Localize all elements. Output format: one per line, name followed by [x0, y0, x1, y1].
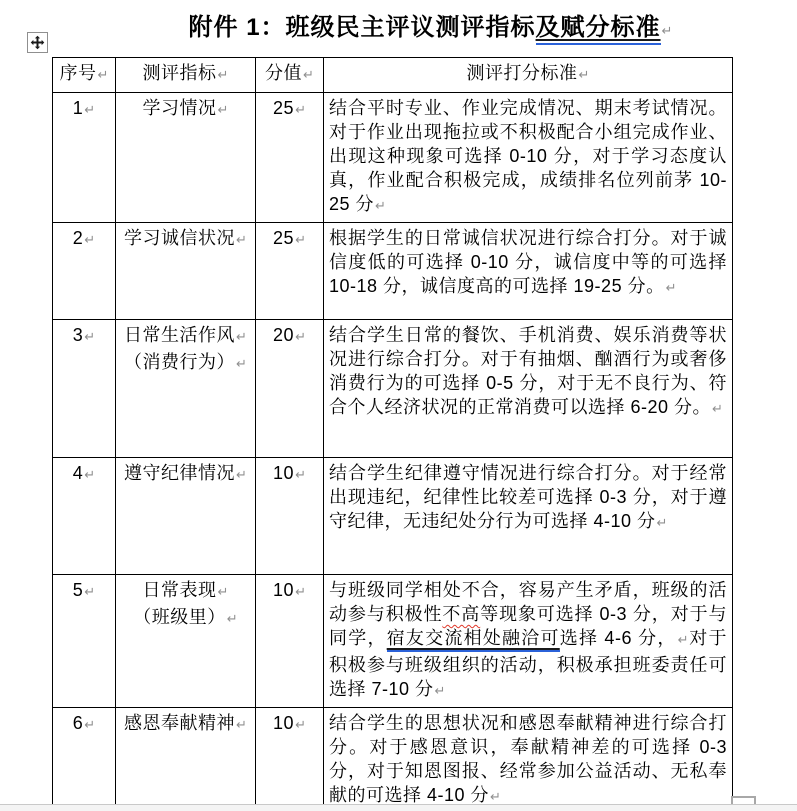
indicator-text: 学习诚信状况	[124, 228, 235, 248]
header-score[interactable]: 分值↵	[256, 58, 324, 93]
table-row: 3↵ 日常生活作风↵（消费行为）↵ 20↵ 结合学生日常的餐饮、手机消费、娱乐消…	[53, 320, 733, 458]
cell-end-mark: ↵	[294, 103, 306, 118]
cell-end-mark: ↵	[302, 68, 314, 83]
header-label: 序号	[60, 63, 97, 83]
score-value: 10	[273, 713, 294, 733]
score-value: 20	[273, 325, 294, 345]
standard-text: 选择 4-6 分，	[560, 628, 677, 648]
cell-end-mark: ↵	[294, 468, 306, 483]
cell-indicator[interactable]: 学习情况↵	[116, 93, 256, 223]
cell-indicator[interactable]: 日常表现↵（班级里）↵	[116, 575, 256, 708]
cell-end-mark: ↵	[226, 612, 238, 627]
table-row: 4↵ 遵守纪律情况↵ 10↵ 结合学生纪律遵守情况进行综合打分。对于经常出现违纪…	[53, 458, 733, 575]
cell-end-mark: ↵	[83, 103, 95, 118]
cell-end-mark: ↵	[235, 468, 247, 483]
cell-end-mark: ↵	[665, 281, 677, 296]
cell-end-mark: ↵	[656, 516, 668, 531]
cell-indicator[interactable]: 日常生活作风↵（消费行为）↵	[116, 320, 256, 458]
cell-end-mark: ↵	[434, 684, 446, 699]
standard-text: 结合学生日常的餐饮、手机消费、娱乐消费等状况进行综合打分。对于有抽烟、酗酒行为或…	[329, 325, 727, 417]
cell-no[interactable]: 2↵	[53, 223, 116, 320]
standard-text: 结合学生纪律遵守情况进行综合打分。对于经常出现违纪，纪律性比较差可选择 0-3 …	[329, 463, 727, 531]
header-indicator[interactable]: 测评指标↵	[116, 58, 256, 93]
header-label: 测评打分标准	[467, 63, 578, 83]
row-number: 5	[73, 580, 84, 600]
cell-end-mark: ↵	[83, 585, 95, 600]
score-value: 25	[273, 98, 294, 118]
cell-end-mark: ↵	[235, 718, 247, 733]
cell-end-mark: ↵	[83, 468, 95, 483]
paragraph-mark: ↵	[661, 24, 673, 39]
table-row: 2↵ 学习诚信状况↵ 25↵ 根据学生的日常诚信状况进行综合打分。对于诚信度低的…	[53, 223, 733, 320]
word-document-page: 附件 1：班级民主评议测评指标及赋分标准↵ 序号↵ 测评指标↵ 分值↵ 测评打分…	[0, 0, 797, 811]
score-value: 25	[273, 228, 294, 248]
cell-indicator[interactable]: 遵守纪律情况↵	[116, 458, 256, 575]
indicator-text: 日常生活作风	[124, 325, 235, 345]
cell-standard[interactable]: 根据学生的日常诚信状况进行综合打分。对于诚信度低的可选择 0-10 分，诚信度中…	[324, 223, 733, 320]
indicator-text: 学习情况	[143, 98, 217, 118]
title-text: 附件 1：班级民主评议测评指标	[189, 14, 536, 41]
cell-end-mark: ↵	[217, 585, 229, 600]
header-label: 测评指标	[143, 63, 217, 83]
table-row: 1↵ 学习情况↵ 25↵ 结合平时专业、作业完成情况、期末考试情况。对于作业出现…	[53, 93, 733, 223]
score-value: 10	[273, 463, 294, 483]
cell-end-mark: ↵	[235, 233, 247, 248]
row-number: 6	[73, 713, 84, 733]
cell-end-mark: ↵	[217, 103, 229, 118]
cell-no[interactable]: 5↵	[53, 575, 116, 708]
cell-end-mark: ↵	[489, 790, 501, 805]
table-row: 6↵ 感恩奉献精神↵ 10↵ 结合学生的思想状况和感恩奉献精神进行综合打分。对于…	[53, 708, 733, 811]
line-break-mark: ↵	[677, 633, 689, 648]
indicator-text: 遵守纪律情况	[124, 463, 235, 483]
cell-no[interactable]: 4↵	[53, 458, 116, 575]
cell-end-mark: ↵	[83, 233, 95, 248]
row-number: 4	[73, 463, 84, 483]
cell-score[interactable]: 10↵	[256, 575, 324, 708]
cell-no[interactable]: 6↵	[53, 708, 116, 811]
table-header-row: 序号↵ 测评指标↵ 分值↵ 测评打分标准↵	[53, 58, 733, 93]
cell-end-mark: ↵	[294, 330, 306, 345]
standard-text: 结合平时专业、作业完成情况、期末考试情况。对于作业出现拖拉或不积极配合小组完成作…	[329, 98, 727, 214]
standard-text-grammar: 宿友交流相处融洽可	[387, 628, 560, 652]
cell-standard[interactable]: 结合学生的思想状况和感恩奉献精神进行综合打分。对于感恩意识，奉献精神差的可选择 …	[324, 708, 733, 811]
cell-end-mark: ↵	[294, 585, 306, 600]
cell-indicator[interactable]: 感恩奉献精神↵	[116, 708, 256, 811]
cell-no[interactable]: 3↵	[53, 320, 116, 458]
header-label: 分值	[265, 63, 302, 83]
header-standard[interactable]: 测评打分标准↵	[324, 58, 733, 93]
cell-score[interactable]: 25↵	[256, 93, 324, 223]
cell-end-mark: ↵	[374, 199, 386, 214]
row-number: 1	[73, 98, 84, 118]
indicator-text: 感恩奉献精神	[124, 713, 235, 733]
row-number: 2	[73, 228, 84, 248]
cell-end-mark: ↵	[97, 68, 109, 83]
cell-end-mark: ↵	[578, 68, 590, 83]
cell-score[interactable]: 20↵	[256, 320, 324, 458]
title-underlined-text: 及赋分标准	[536, 14, 661, 45]
document-title[interactable]: 附件 1：班级民主评议测评指标及赋分标准↵	[0, 11, 797, 49]
evaluation-table: 序号↵ 测评指标↵ 分值↵ 测评打分标准↵ 1↵ 学习情况↵ 25↵ 结合平时专…	[52, 57, 733, 811]
cell-end-mark: ↵	[294, 233, 306, 248]
header-no[interactable]: 序号↵	[53, 58, 116, 93]
table-row: 5↵ 日常表现↵（班级里）↵ 10↵ 与班级同学相处不合，容易产生矛盾，班级的活…	[53, 575, 733, 708]
cell-end-mark: ↵	[294, 718, 306, 733]
cell-standard[interactable]: 与班级同学相处不合，容易产生矛盾，班级的活动参与积极性不高等现象可选择 0-3 …	[324, 575, 733, 708]
cell-score[interactable]: 10↵	[256, 708, 324, 811]
row-number: 3	[73, 325, 84, 345]
score-value: 10	[273, 580, 294, 600]
cell-end-mark: ↵	[217, 68, 229, 83]
cell-score[interactable]: 10↵	[256, 458, 324, 575]
cell-end-mark: ↵	[711, 402, 723, 417]
indicator-text: （班级里）	[133, 607, 226, 627]
cell-score[interactable]: 25↵	[256, 223, 324, 320]
cell-end-mark: ↵	[83, 718, 95, 733]
cell-end-mark: ↵	[235, 330, 247, 345]
cell-end-mark: ↵	[83, 330, 95, 345]
standard-text: 结合学生的思想状况和感恩奉献精神进行综合打分。对于感恩意识，奉献精神差的可选择 …	[329, 713, 727, 805]
cell-indicator[interactable]: 学习诚信状况↵	[116, 223, 256, 320]
indicator-text: 日常表现	[143, 580, 217, 600]
standard-text-spellcheck: 不高	[442, 604, 480, 624]
cell-standard[interactable]: 结合平时专业、作业完成情况、期末考试情况。对于作业出现拖拉或不积极配合小组完成作…	[324, 93, 733, 223]
cell-no[interactable]: 1↵	[53, 93, 116, 223]
cell-standard[interactable]: 结合学生纪律遵守情况进行综合打分。对于经常出现违纪，纪律性比较差可选择 0-3 …	[324, 458, 733, 575]
cell-standard[interactable]: 结合学生日常的餐饮、手机消费、娱乐消费等状况进行综合打分。对于有抽烟、酗酒行为或…	[324, 320, 733, 458]
cell-end-mark: ↵	[235, 357, 247, 372]
page-bottom-edge	[0, 804, 797, 811]
indicator-text: （消费行为）	[124, 352, 235, 372]
